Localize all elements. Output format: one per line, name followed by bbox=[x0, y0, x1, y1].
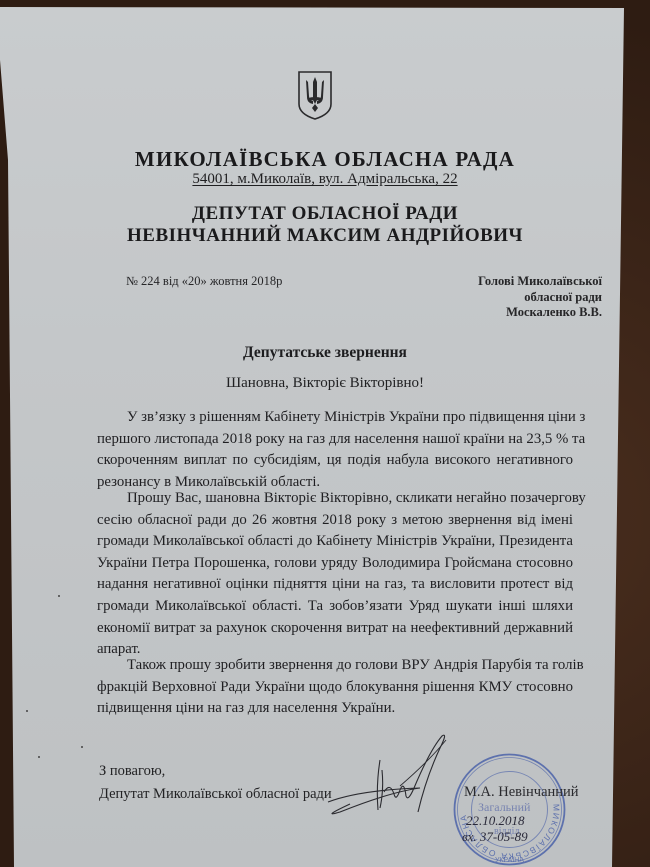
address-text: 54001, м.Миколаїв, вул. Адміральська, 22 bbox=[192, 171, 457, 187]
recipient-line: Москаленко В.В. bbox=[478, 305, 602, 321]
stamp-registration-number: вх. 37-05-89 bbox=[462, 829, 528, 845]
recipient-block: Голові Миколаївської обласної ради Моска… bbox=[478, 274, 602, 321]
body-paragraph-1: У зв’язку з рішенням Кабінету Міністрів … bbox=[97, 407, 573, 493]
organization-name: МИКОЛАЇВСЬКА ОБЛАСНА РАДА bbox=[0, 147, 650, 172]
trident-coat-of-arms-icon bbox=[296, 70, 334, 120]
signer-name: М.А. Невінчанний bbox=[464, 784, 579, 801]
paragraph-line: України Петра Порошенка, голови уряду Во… bbox=[97, 553, 573, 575]
paragraph-line: скороченням виплат по субсидіям, ця поді… bbox=[97, 450, 573, 472]
paragraph-line: громади Миколаївської області. Та зобов’… bbox=[97, 596, 573, 618]
handwritten-signature-icon bbox=[280, 730, 450, 840]
greeting: Шановна, Вікторіє Вікторівно! bbox=[0, 375, 650, 392]
paragraph-line: Прошу Вас, шановна Вікторіє Вікторівно, … bbox=[97, 488, 573, 510]
paragraph-line: громади Миколаївської області до Кабінет… bbox=[97, 531, 573, 553]
paragraph-line: економії витрат за рахунок скорочення ви… bbox=[97, 618, 573, 640]
document-title: Депутатське звернення bbox=[0, 344, 650, 362]
closing-regards: З повагою, bbox=[99, 763, 165, 780]
paragraph-line: фракцій Верховної Ради України щодо блок… bbox=[97, 677, 573, 699]
paragraph-line: сесію обласної ради до 26 жовтня 2018 ро… bbox=[97, 510, 573, 532]
recipient-line: Голові Миколаївської bbox=[478, 274, 602, 290]
paragraph-line: першого листопада 2018 року на газ для н… bbox=[97, 429, 573, 451]
reference-number: № 224 від «20» жовтня 2018р bbox=[126, 274, 282, 289]
body-paragraph-2: Прошу Вас, шановна Вікторіє Вікторівно, … bbox=[97, 488, 573, 661]
recipient-line: обласної ради bbox=[478, 290, 602, 306]
paragraph-line: надання негативної оцінки підняття ціни … bbox=[97, 574, 573, 596]
organization-address: 54001, м.Миколаїв, вул. Адміральська, 22 bbox=[0, 171, 650, 188]
paragraph-line: підвищення ціни на газ для населення Укр… bbox=[97, 698, 573, 720]
deputy-name: НЕВІНЧАННИЙ МАКСИМ АНДРІЙОВИЧ bbox=[0, 225, 650, 247]
deputy-title: ДЕПУТАТ ОБЛАСНОЇ РАДИ bbox=[0, 203, 650, 225]
stamp-bottom-text: УКРАЇНА bbox=[495, 856, 524, 864]
body-paragraph-3: Також прошу зробити звернення до голови … bbox=[97, 655, 573, 720]
paragraph-line: У зв’язку з рішенням Кабінету Міністрів … bbox=[97, 407, 573, 429]
paragraph-line: Також прошу зробити звернення до голови … bbox=[97, 655, 573, 677]
